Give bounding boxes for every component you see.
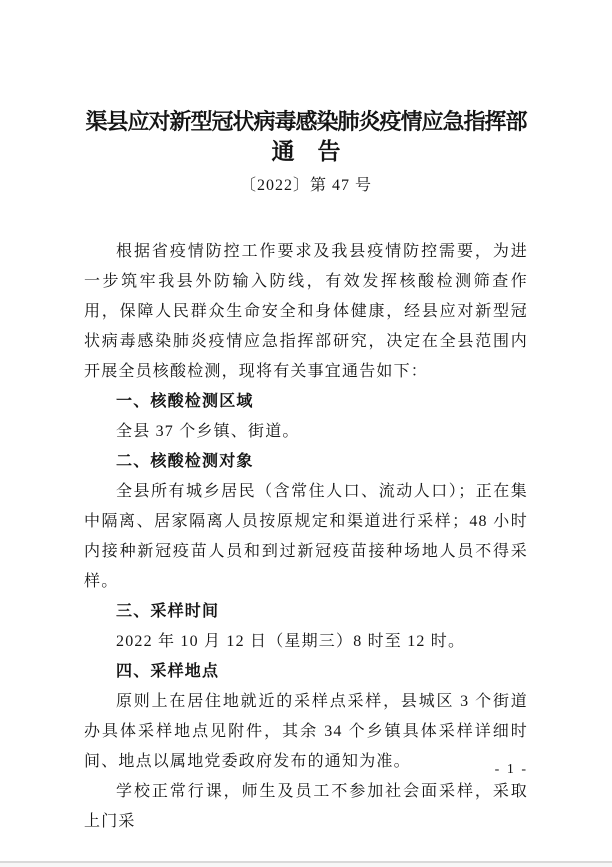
section-3-content: 2022 年 10 月 12 日（星期三）8 时至 12 时。 [84,627,528,657]
section-4-content: 原则上在居住地就近的采样点采样，县城区 3 个街道办具体采样地点见附件，其余 3… [84,687,528,777]
document-page: 渠县应对新型冠状病毒感染肺炎疫情应急指挥部 通 告 〔2022〕第 47 号 根… [0,0,612,862]
section-4-content-continued: 学校正常行课，师生及员工不参加社会面采样，采取上门采 [84,777,528,837]
page-number: - 1 - [495,761,528,779]
section-2-heading: 二、核酸检测对象 [84,447,528,477]
section-4-heading: 四、采样地点 [84,657,528,687]
document-title: 渠县应对新型冠状病毒感染肺炎疫情应急指挥部 [0,106,612,137]
viewer-background [0,863,612,867]
document-subtitle: 通 告 [0,137,612,167]
section-3-heading: 三、采样时间 [84,597,528,627]
document-viewer: 渠县应对新型冠状病毒感染肺炎疫情应急指挥部 通 告 〔2022〕第 47 号 根… [0,0,612,867]
intro-paragraph: 根据省疫情防控工作要求及我县疫情防控需要，为进一步筑牢我县外防输入防线，有效发挥… [84,237,528,387]
section-1-heading: 一、核酸检测区域 [84,387,528,417]
document-number: 〔2022〕第 47 号 [0,176,612,196]
section-2-content: 全县所有城乡居民（含常住人口、流动人口）；正在集中隔离、居家隔离人员按原规定和渠… [84,477,528,597]
document-body: 根据省疫情防控工作要求及我县疫情防控需要，为进一步筑牢我县外防输入防线，有效发挥… [84,237,528,837]
section-1-content: 全县 37 个乡镇、街道。 [84,417,528,447]
